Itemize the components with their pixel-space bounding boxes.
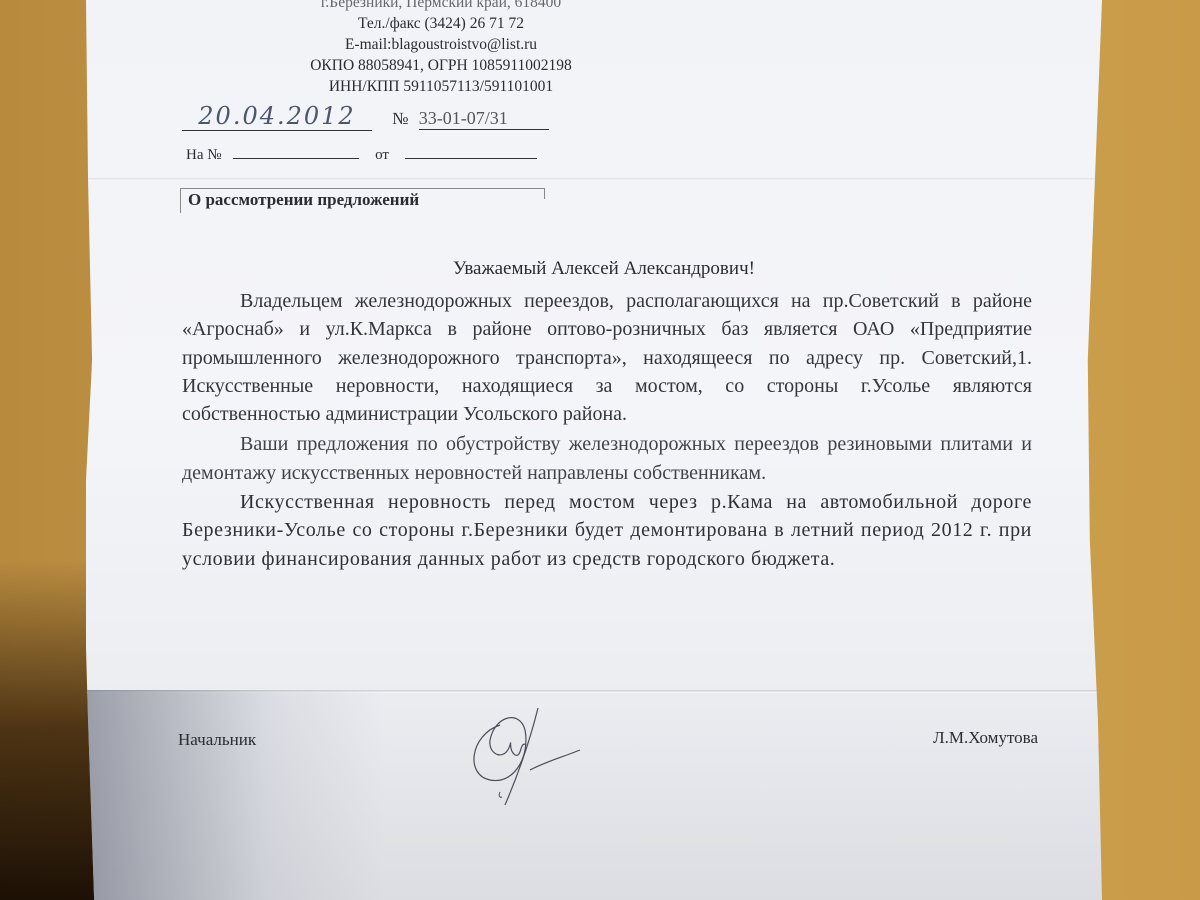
letterhead-inn-kpp: ИНН/КПП 5911057113/591101001 — [216, 76, 666, 97]
reply-to-label: На № — [186, 147, 222, 163]
reply-from-label: от — [375, 147, 389, 163]
reply-from-blank — [405, 144, 537, 159]
letterhead-phone: Тел./факс (3424) 26 71 72 — [216, 13, 666, 34]
reply-to-blank — [233, 144, 359, 159]
outgoing-number: 33-01-07/31 — [419, 108, 549, 130]
letter-paper: г.Березники, Пермский край, 618400 Тел./… — [86, 0, 1102, 900]
salutation: Уважаемый Алексей Александрович! — [86, 258, 1102, 280]
letterhead-address: г.Березники, Пермский край, 618400 — [216, 0, 666, 13]
letter-body: Владельцем железнодорожных переездов, ра… — [182, 287, 1032, 573]
letterhead: г.Березники, Пермский край, 618400 Тел./… — [86, 0, 666, 97]
reference-line: На № от — [186, 144, 549, 164]
body-paragraph-3: Искусственная неровность перед мостом че… — [182, 488, 1032, 573]
letter-subject: О рассмотрении предложений — [188, 190, 419, 210]
registration-line: 20.04.2012 № 33-01-07/31 — [182, 102, 549, 131]
number-sign: № — [392, 109, 408, 128]
signer-name: Л.М.Хомутова — [933, 728, 1038, 748]
letterhead-email: E-mail:blagoustroistvo@list.ru — [216, 34, 666, 55]
outgoing-date: 20.04.2012 — [182, 102, 372, 131]
paper-shadow — [86, 690, 386, 900]
signer-title: Начальник — [178, 730, 256, 750]
body-paragraph-2: Ваши предложения по обустройству железно… — [182, 430, 1032, 487]
letterhead-okpo-ogrn: ОКПО 88058941, ОГРН 1085911002198 — [216, 55, 666, 76]
body-paragraph-1: Владельцем железнодорожных переездов, ра… — [182, 287, 1032, 428]
paper-fold-line — [86, 178, 1102, 181]
handwritten-signature-icon — [460, 700, 600, 810]
